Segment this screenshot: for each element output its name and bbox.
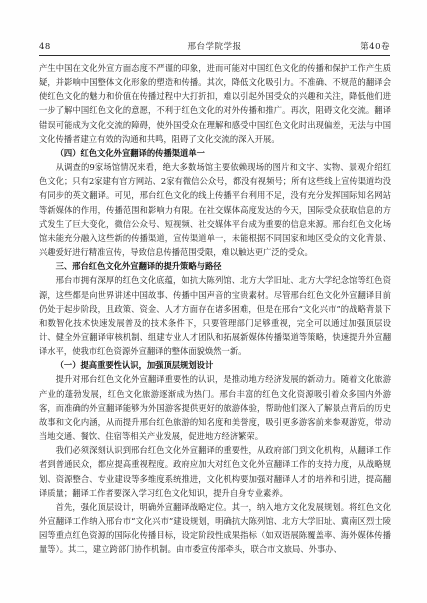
journal-title: 邢台学院学报 (39, 40, 390, 52)
body-paragraph: 提升对邢台红色文化外宣翻译重要性的认识，是推动地方经济发展的新动力。随着文化旅游… (39, 372, 391, 443)
section-heading-3: 三、邢台红色文化外宣翻译的提升策略与路径 (39, 259, 391, 273)
header-divider (39, 55, 390, 56)
journal-page: 48 邢台学院学报 第40卷 产生中国在文化外宣方面态度不严谨的印象，进而可能对… (0, 0, 427, 603)
subsection-heading-1: （一）提高重要性认识，加强顶层规划设计 (39, 358, 391, 372)
article-body: 产生中国在文化外宣方面态度不严谨的印象，进而可能对中国红色文化的传播和保护工作产… (39, 61, 391, 556)
subsection-heading-4: （四）红色文化外宣翻译的传播渠道单一 (39, 146, 391, 160)
body-paragraph: 邢台市拥有深厚的红色文化底蕴，如抗大陈列馆、北方大学旧址、北方大学纪念馆等红色资… (39, 273, 391, 358)
body-paragraph: 从调查的9家场馆情况来看，绝大多数场馆主要依赖现场的图片和文字、实物、景观介绍红… (39, 160, 391, 259)
body-paragraph: 产生中国在文化外宣方面态度不严谨的印象，进而可能对中国红色文化的传播和保护工作产… (39, 61, 391, 146)
body-paragraph: 我们必须深刻认识到邢台红色文化外宣翻译的重要性，从政府部门到文化机构，从翻译工作… (39, 443, 391, 500)
running-head: 48 邢台学院学报 第40卷 (39, 40, 390, 52)
body-paragraph: 首先，强化顶层设计，明确外宣翻译战略定位。其一，纳入地方文化发展规划。将红色文化… (39, 500, 391, 557)
